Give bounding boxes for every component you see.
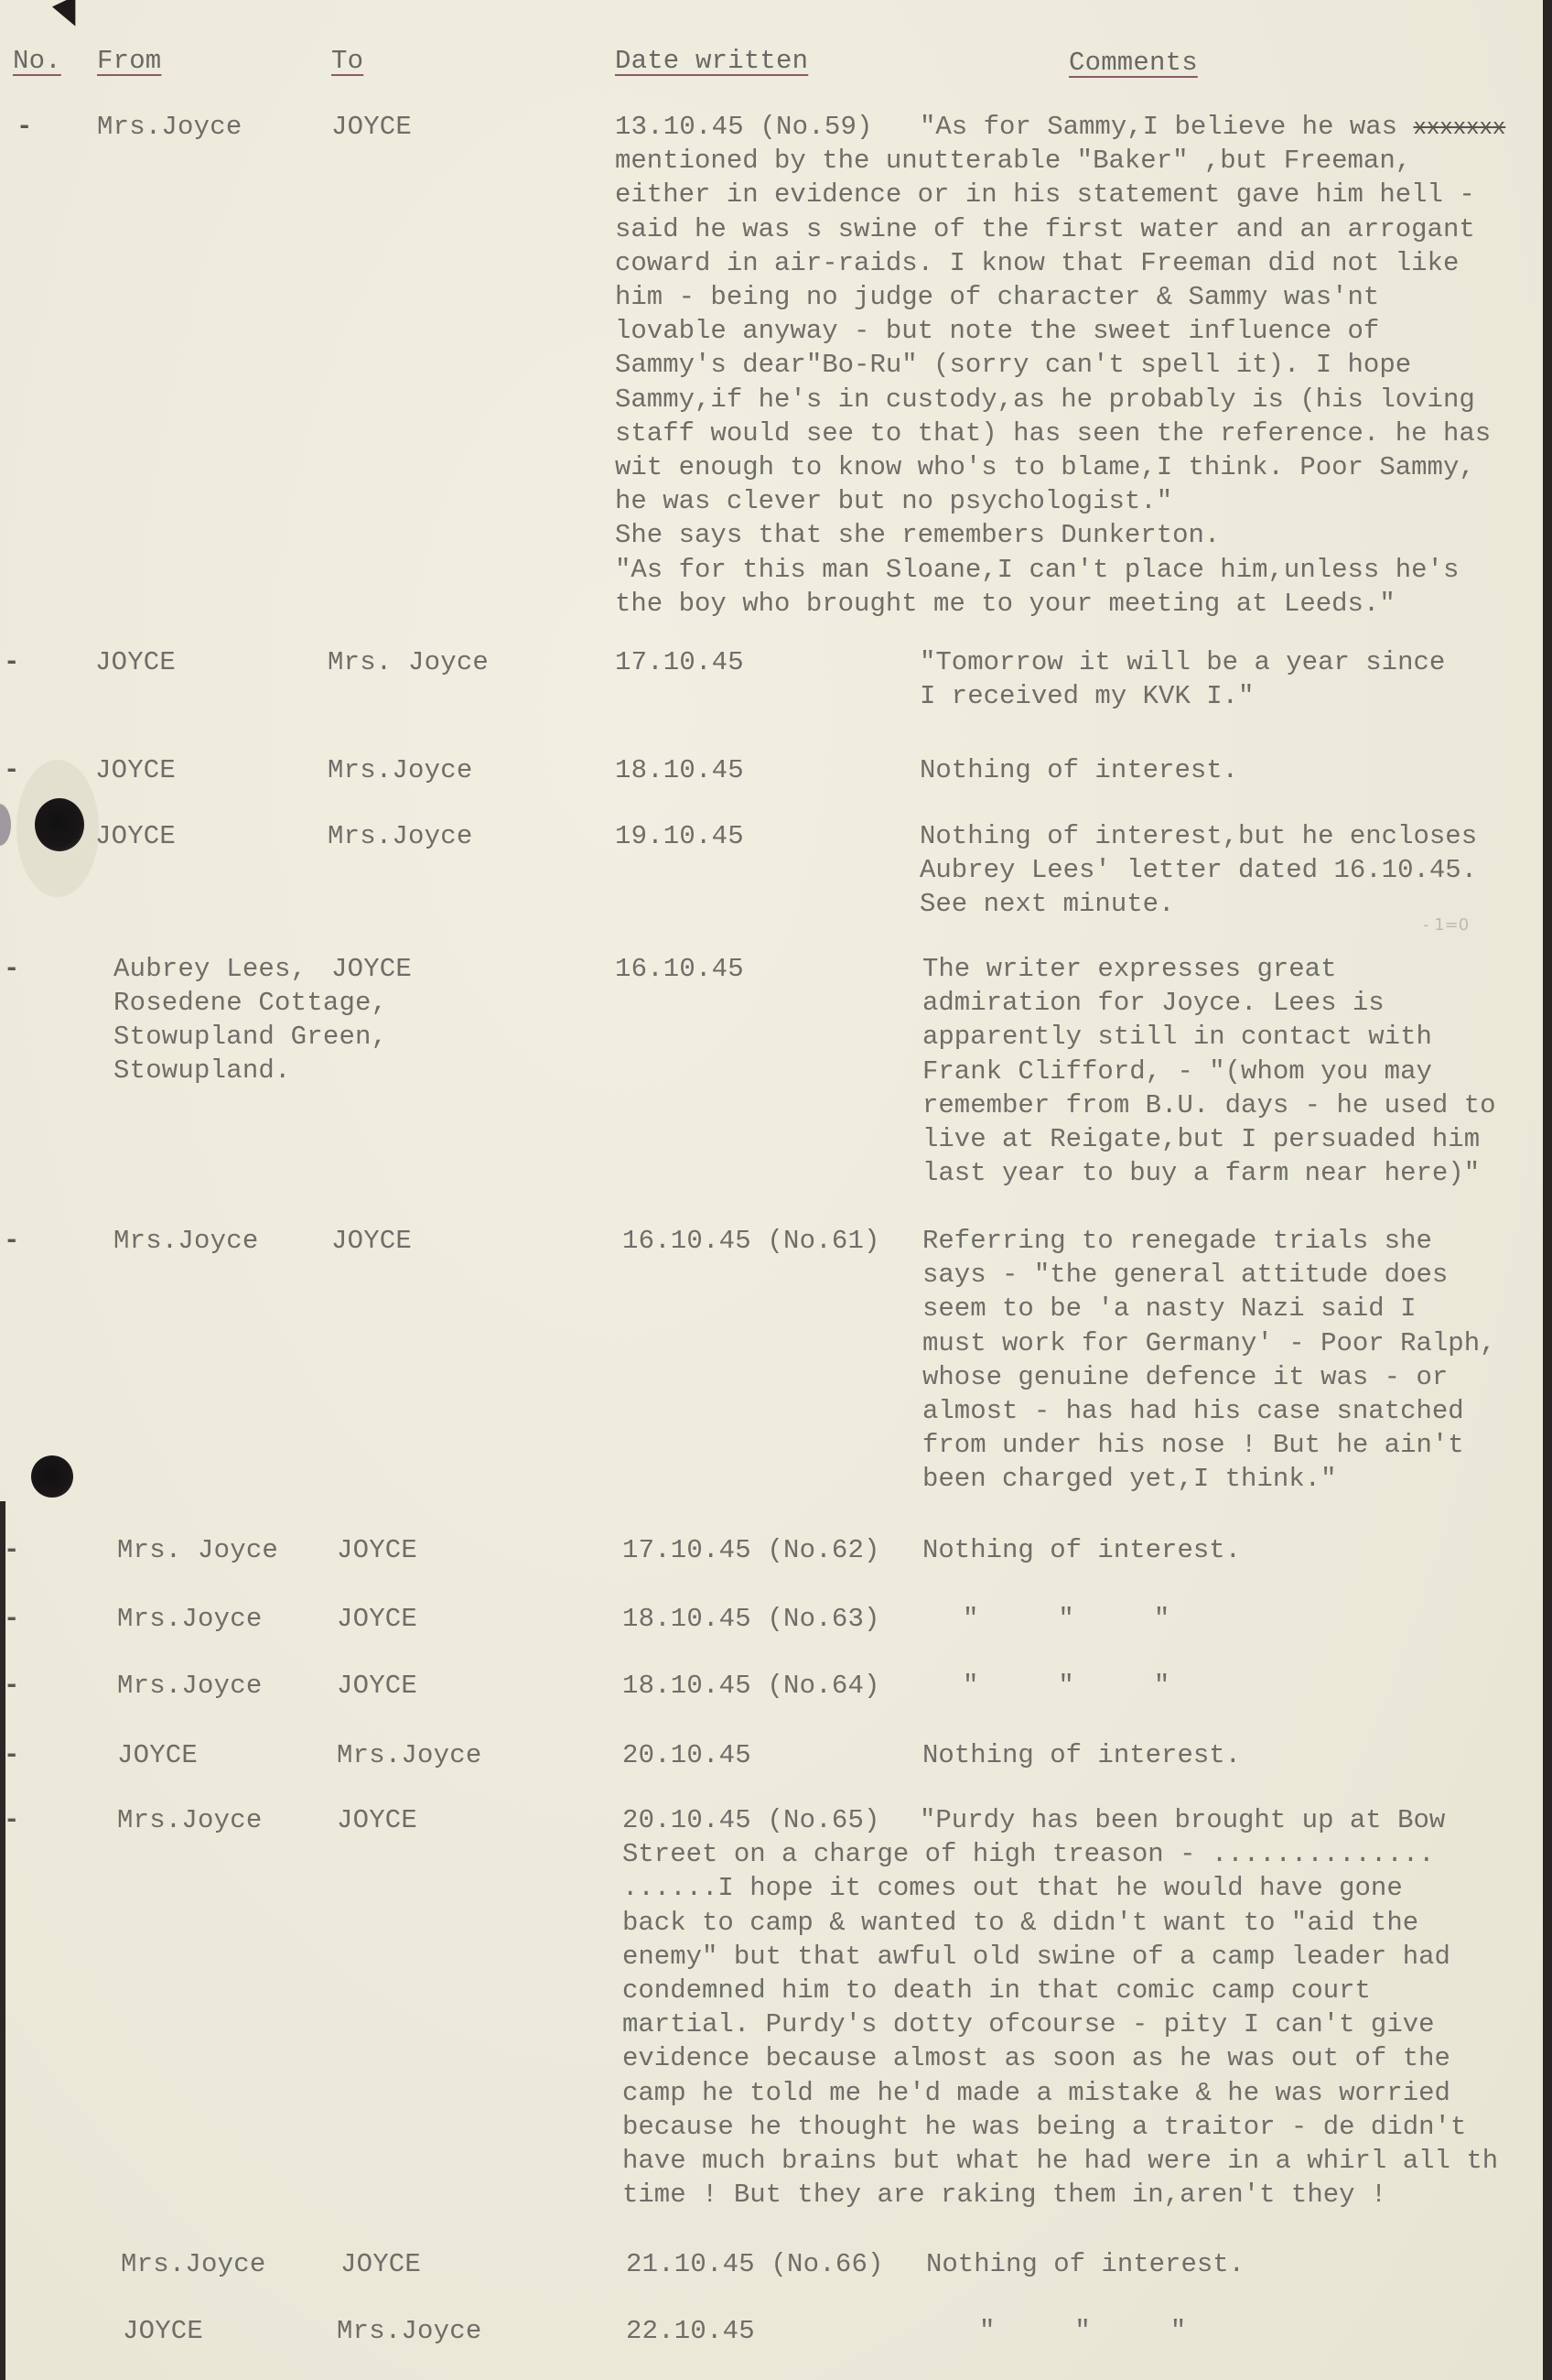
comment-line: he was clever but no psychologist.": [615, 484, 1172, 518]
torn-corner: [52, 0, 87, 32]
from-cell: Mrs.Joyce: [117, 1602, 262, 1636]
comment-line: apparently still in contact with: [922, 1020, 1432, 1054]
row-number: -: [16, 110, 33, 144]
document-page: No. From To Date written Comments -Mrs.J…: [0, 0, 1543, 2380]
page-edge: [1543, 0, 1552, 2380]
date-cell: 18.10.45 (No.63): [622, 1602, 880, 1636]
date-cell: 19.10.45: [615, 819, 744, 853]
page-edge: [0, 1501, 5, 2380]
comment-line: martial. Purdy's dotty ofcourse - pity I…: [622, 2007, 1435, 2041]
comment-line: Nothing of interest,but he encloses: [920, 819, 1477, 853]
to-cell: Mrs.Joyce: [328, 753, 472, 787]
comment-line: evidence because almost as soon as he wa…: [622, 2041, 1450, 2075]
row-number: -: [4, 1533, 20, 1567]
comment-line: him - being no judge of character & Samm…: [615, 280, 1379, 314]
row-number: -: [4, 1669, 20, 1703]
comment-line: live at Reigate,but I persuaded him: [922, 1122, 1480, 1156]
from-cell: Mrs.Joyce: [117, 1803, 262, 1837]
comment-line: "Purdy has been brought up at Bow: [920, 1803, 1445, 1837]
punch-hole-shadow: [0, 804, 11, 846]
comment-line: mentioned by the unutterable "Baker" ,bu…: [615, 144, 1411, 178]
comment-line: says - "the general attitude does: [922, 1258, 1448, 1292]
comment-line: I received my KVK I.": [920, 679, 1254, 713]
to-cell: JOYCE: [337, 1803, 417, 1837]
date-cell: 21.10.45 (No.66): [626, 2247, 884, 2281]
comment-line: Sammy,if he's in custody,as he probably …: [615, 383, 1475, 416]
comment-line: condemned him to death in that comic cam…: [622, 1974, 1371, 2007]
column-header-to: To: [331, 44, 363, 78]
column-header-no: No.: [13, 44, 61, 78]
to-cell: JOYCE: [331, 110, 412, 144]
row-number: -: [4, 952, 20, 986]
row-number: -: [4, 1224, 20, 1258]
comment-line: whose genuine defence it was - or: [922, 1360, 1448, 1394]
comment-line: been charged yet,I think.": [922, 1462, 1336, 1496]
to-cell: JOYCE: [337, 1533, 417, 1567]
comment-line: "Tomorrow it will be a year since: [920, 645, 1445, 679]
to-cell: JOYCE: [331, 952, 412, 986]
comment-line: The writer expresses great: [922, 952, 1336, 986]
comment-line: Frank Clifford, - "(whom you may: [922, 1055, 1432, 1088]
comment-line: "As for this man Sloane,I can't place hi…: [615, 553, 1459, 587]
comment-line: Street on a charge of high treason - ...…: [622, 1837, 1435, 1871]
from-cell: Mrs. Joyce: [117, 1533, 278, 1567]
comment-line: admiration for Joyce. Lees is: [922, 986, 1385, 1020]
from-address-line: Stowupland Green,: [113, 1020, 387, 1054]
from-cell: JOYCE: [95, 819, 176, 853]
date-cell: 17.10.45: [615, 645, 744, 679]
from-cell: JOYCE: [117, 1738, 198, 1772]
comment-line: coward in air-raids. I know that Freeman…: [615, 246, 1459, 280]
date-cell: 20.10.45 (No.65): [622, 1803, 880, 1837]
struck-out-text: xxxxxxx: [1414, 116, 1506, 141]
from-address-line: Aubrey Lees,: [113, 952, 307, 986]
punch-hole: [31, 1455, 73, 1498]
comment-line: Nothing of interest.: [920, 753, 1238, 787]
to-cell: JOYCE: [331, 1224, 412, 1258]
to-cell: Mrs.Joyce: [328, 819, 472, 853]
comment-line: have much brains but what he had were in…: [622, 2144, 1498, 2178]
comment-line: remember from B.U. days - he used to: [922, 1088, 1496, 1122]
to-cell: JOYCE: [337, 1602, 417, 1636]
comment-line: Nothing of interest.: [922, 1533, 1241, 1567]
comment-line: " " ": [963, 1669, 1169, 1703]
comment-line: the boy who brought me to your meeting a…: [615, 587, 1396, 621]
column-header-from: From: [97, 44, 161, 78]
row-number: -: [4, 1738, 20, 1772]
date-cell: 17.10.45 (No.62): [622, 1533, 880, 1567]
comment-line: almost - has had his case snatched: [922, 1394, 1464, 1428]
comment-line: because he thought he was being a traito…: [622, 2110, 1466, 2144]
comment-line: She says that she remembers Dunkerton.: [615, 518, 1220, 552]
comment-line: either in evidence or in his statement g…: [615, 178, 1475, 211]
comment-line: back to camp & wanted to & didn't want t…: [622, 1906, 1418, 1940]
comment-line: seem to be 'a nasty Nazi said I: [922, 1292, 1417, 1325]
comment-line: ......I hope it comes out that he would …: [622, 1871, 1403, 1905]
to-cell: JOYCE: [340, 2247, 421, 2281]
comment-line: last year to buy a farm near here)": [922, 1156, 1480, 1190]
from-cell: JOYCE: [95, 645, 176, 679]
comment-line: Nothing of interest.: [926, 2247, 1245, 2281]
from-cell: JOYCE: [95, 753, 176, 787]
from-cell: JOYCE: [123, 2314, 203, 2348]
comment-line: " " ": [979, 2314, 1186, 2348]
comment-line: Referring to renegade trials she: [922, 1224, 1432, 1258]
comment-line: enemy" but that awful old swine of a cam…: [622, 1940, 1450, 1974]
date-cell: 20.10.45: [622, 1738, 751, 1772]
comment-line: staff would see to that) has seen the re…: [615, 416, 1491, 450]
from-cell: Mrs.Joyce: [97, 110, 242, 144]
comment-line: said he was s swine of the first water a…: [615, 212, 1475, 246]
comment-line: must work for Germany' - Poor Ralph,: [922, 1326, 1496, 1360]
date-cell: 18.10.45 (No.64): [622, 1669, 880, 1703]
pencil-annotation: - 1=0: [1423, 915, 1469, 935]
row-number: -: [4, 1602, 20, 1636]
comment-line: time ! But they are raking them in,aren'…: [622, 2178, 1386, 2212]
comment-line: " " ": [963, 1602, 1169, 1636]
row-number: -: [4, 753, 20, 787]
from-cell: Mrs.Joyce: [117, 1669, 262, 1703]
comment-line: lovable anyway - but note the sweet infl…: [615, 314, 1379, 348]
date-cell: 16.10.45: [615, 952, 744, 986]
comment-line: from under his nose ! But he ain't: [922, 1428, 1464, 1462]
comment-line: Sammy's dear"Bo-Ru" (sorry can't spell i…: [615, 348, 1411, 382]
from-address-line: Stowupland.: [113, 1054, 291, 1087]
comment-line: See next minute.: [920, 887, 1174, 921]
row-number: -: [4, 1803, 20, 1837]
from-address-line: Rosedene Cottage,: [113, 986, 387, 1020]
comment-line: wit enough to know who's to blame,I thin…: [615, 450, 1475, 484]
comment-line: "As for Sammy,I believe he was xxxxxxx: [920, 110, 1505, 146]
date-cell: 18.10.45: [615, 753, 744, 787]
date-cell: 13.10.45 (No.59): [615, 110, 873, 144]
punch-hole: [35, 798, 84, 851]
to-cell: Mrs.Joyce: [337, 1738, 481, 1772]
date-cell: 22.10.45: [626, 2314, 755, 2348]
to-cell: Mrs. Joyce: [328, 645, 489, 679]
date-cell: 16.10.45 (No.61): [622, 1224, 880, 1258]
comment-line: camp he told me he'd made a mistake & he…: [622, 2076, 1450, 2110]
from-cell: Mrs.Joyce: [121, 2247, 265, 2281]
comment-line: Nothing of interest.: [922, 1738, 1241, 1772]
column-header-comments: Comments: [1069, 46, 1198, 80]
column-header-date: Date written: [615, 44, 808, 78]
to-cell: JOYCE: [337, 1669, 417, 1703]
from-cell: Mrs.Joyce: [113, 1224, 258, 1258]
row-number: -: [4, 645, 20, 679]
comment-line: Aubrey Lees' letter dated 16.10.45.: [920, 853, 1477, 887]
to-cell: Mrs.Joyce: [337, 2314, 481, 2348]
